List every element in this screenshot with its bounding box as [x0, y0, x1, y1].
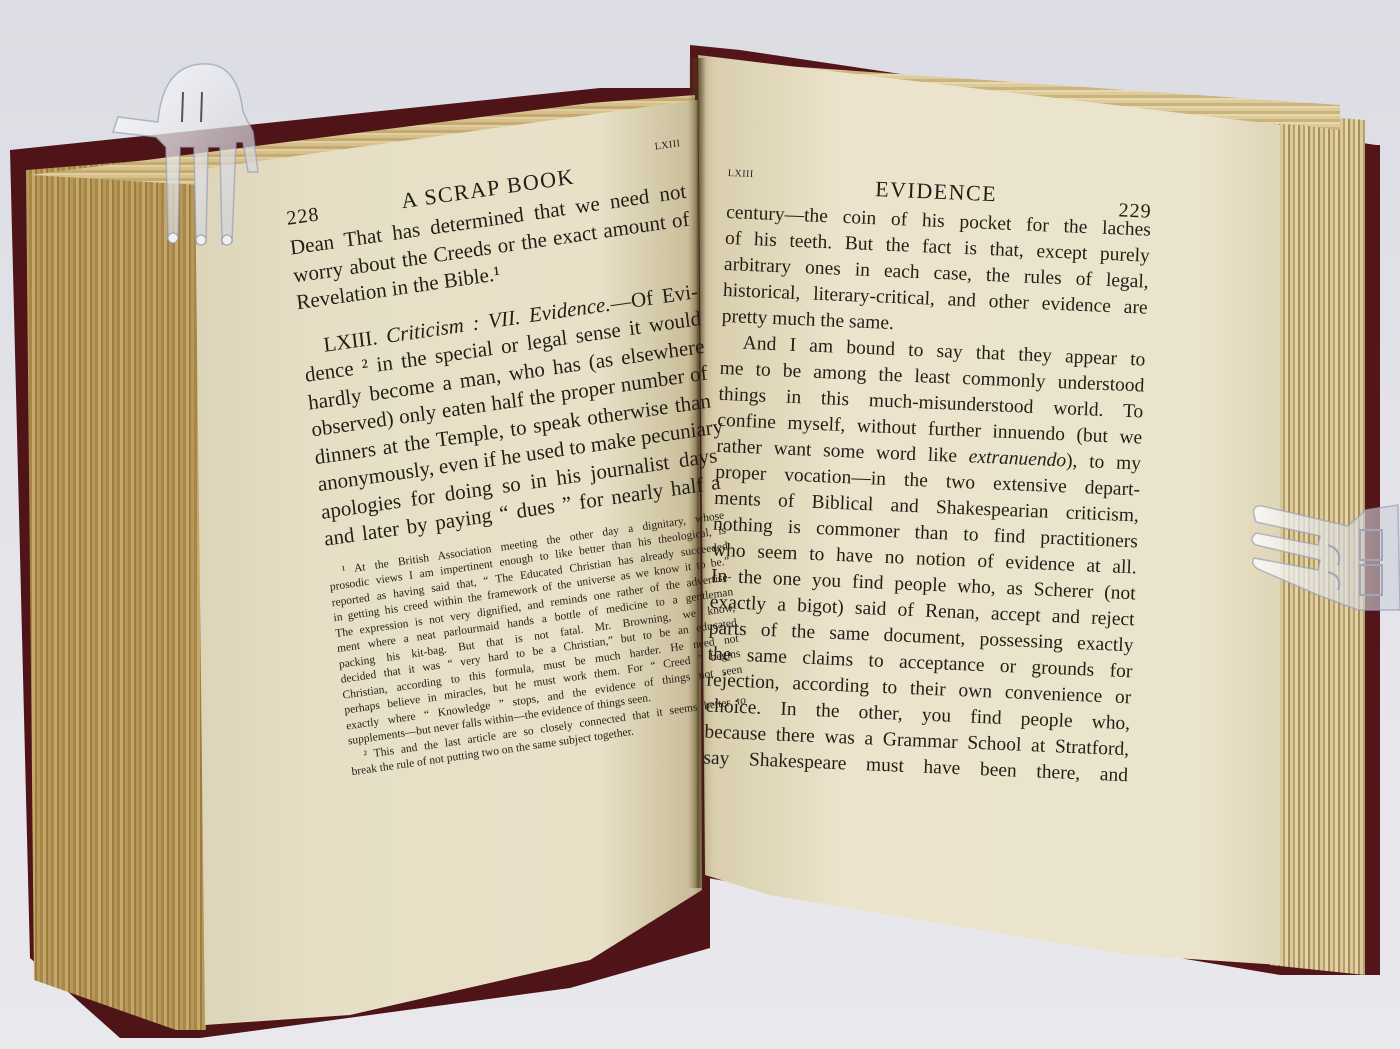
running-title: EVIDENCE — [875, 176, 998, 207]
plastic-page-clip-icon — [108, 52, 278, 252]
plastic-page-clip-icon — [1248, 470, 1400, 620]
right-page-text: LXIII EVIDENCE 229 century—the coin of h… — [703, 170, 1153, 789]
section-mark: LXIII — [728, 168, 754, 180]
section-mark: LXIII — [654, 138, 681, 153]
page-number: 229 — [1118, 199, 1152, 223]
page-number: 228 — [285, 203, 320, 231]
page-block-left-edge — [26, 150, 206, 1030]
photo-scene: 228 A SCRAP BOOK LXIII Dean That has det… — [0, 0, 1400, 1049]
left-page-text: 228 A SCRAP BOOK LXIII Dean That has det… — [285, 148, 749, 781]
